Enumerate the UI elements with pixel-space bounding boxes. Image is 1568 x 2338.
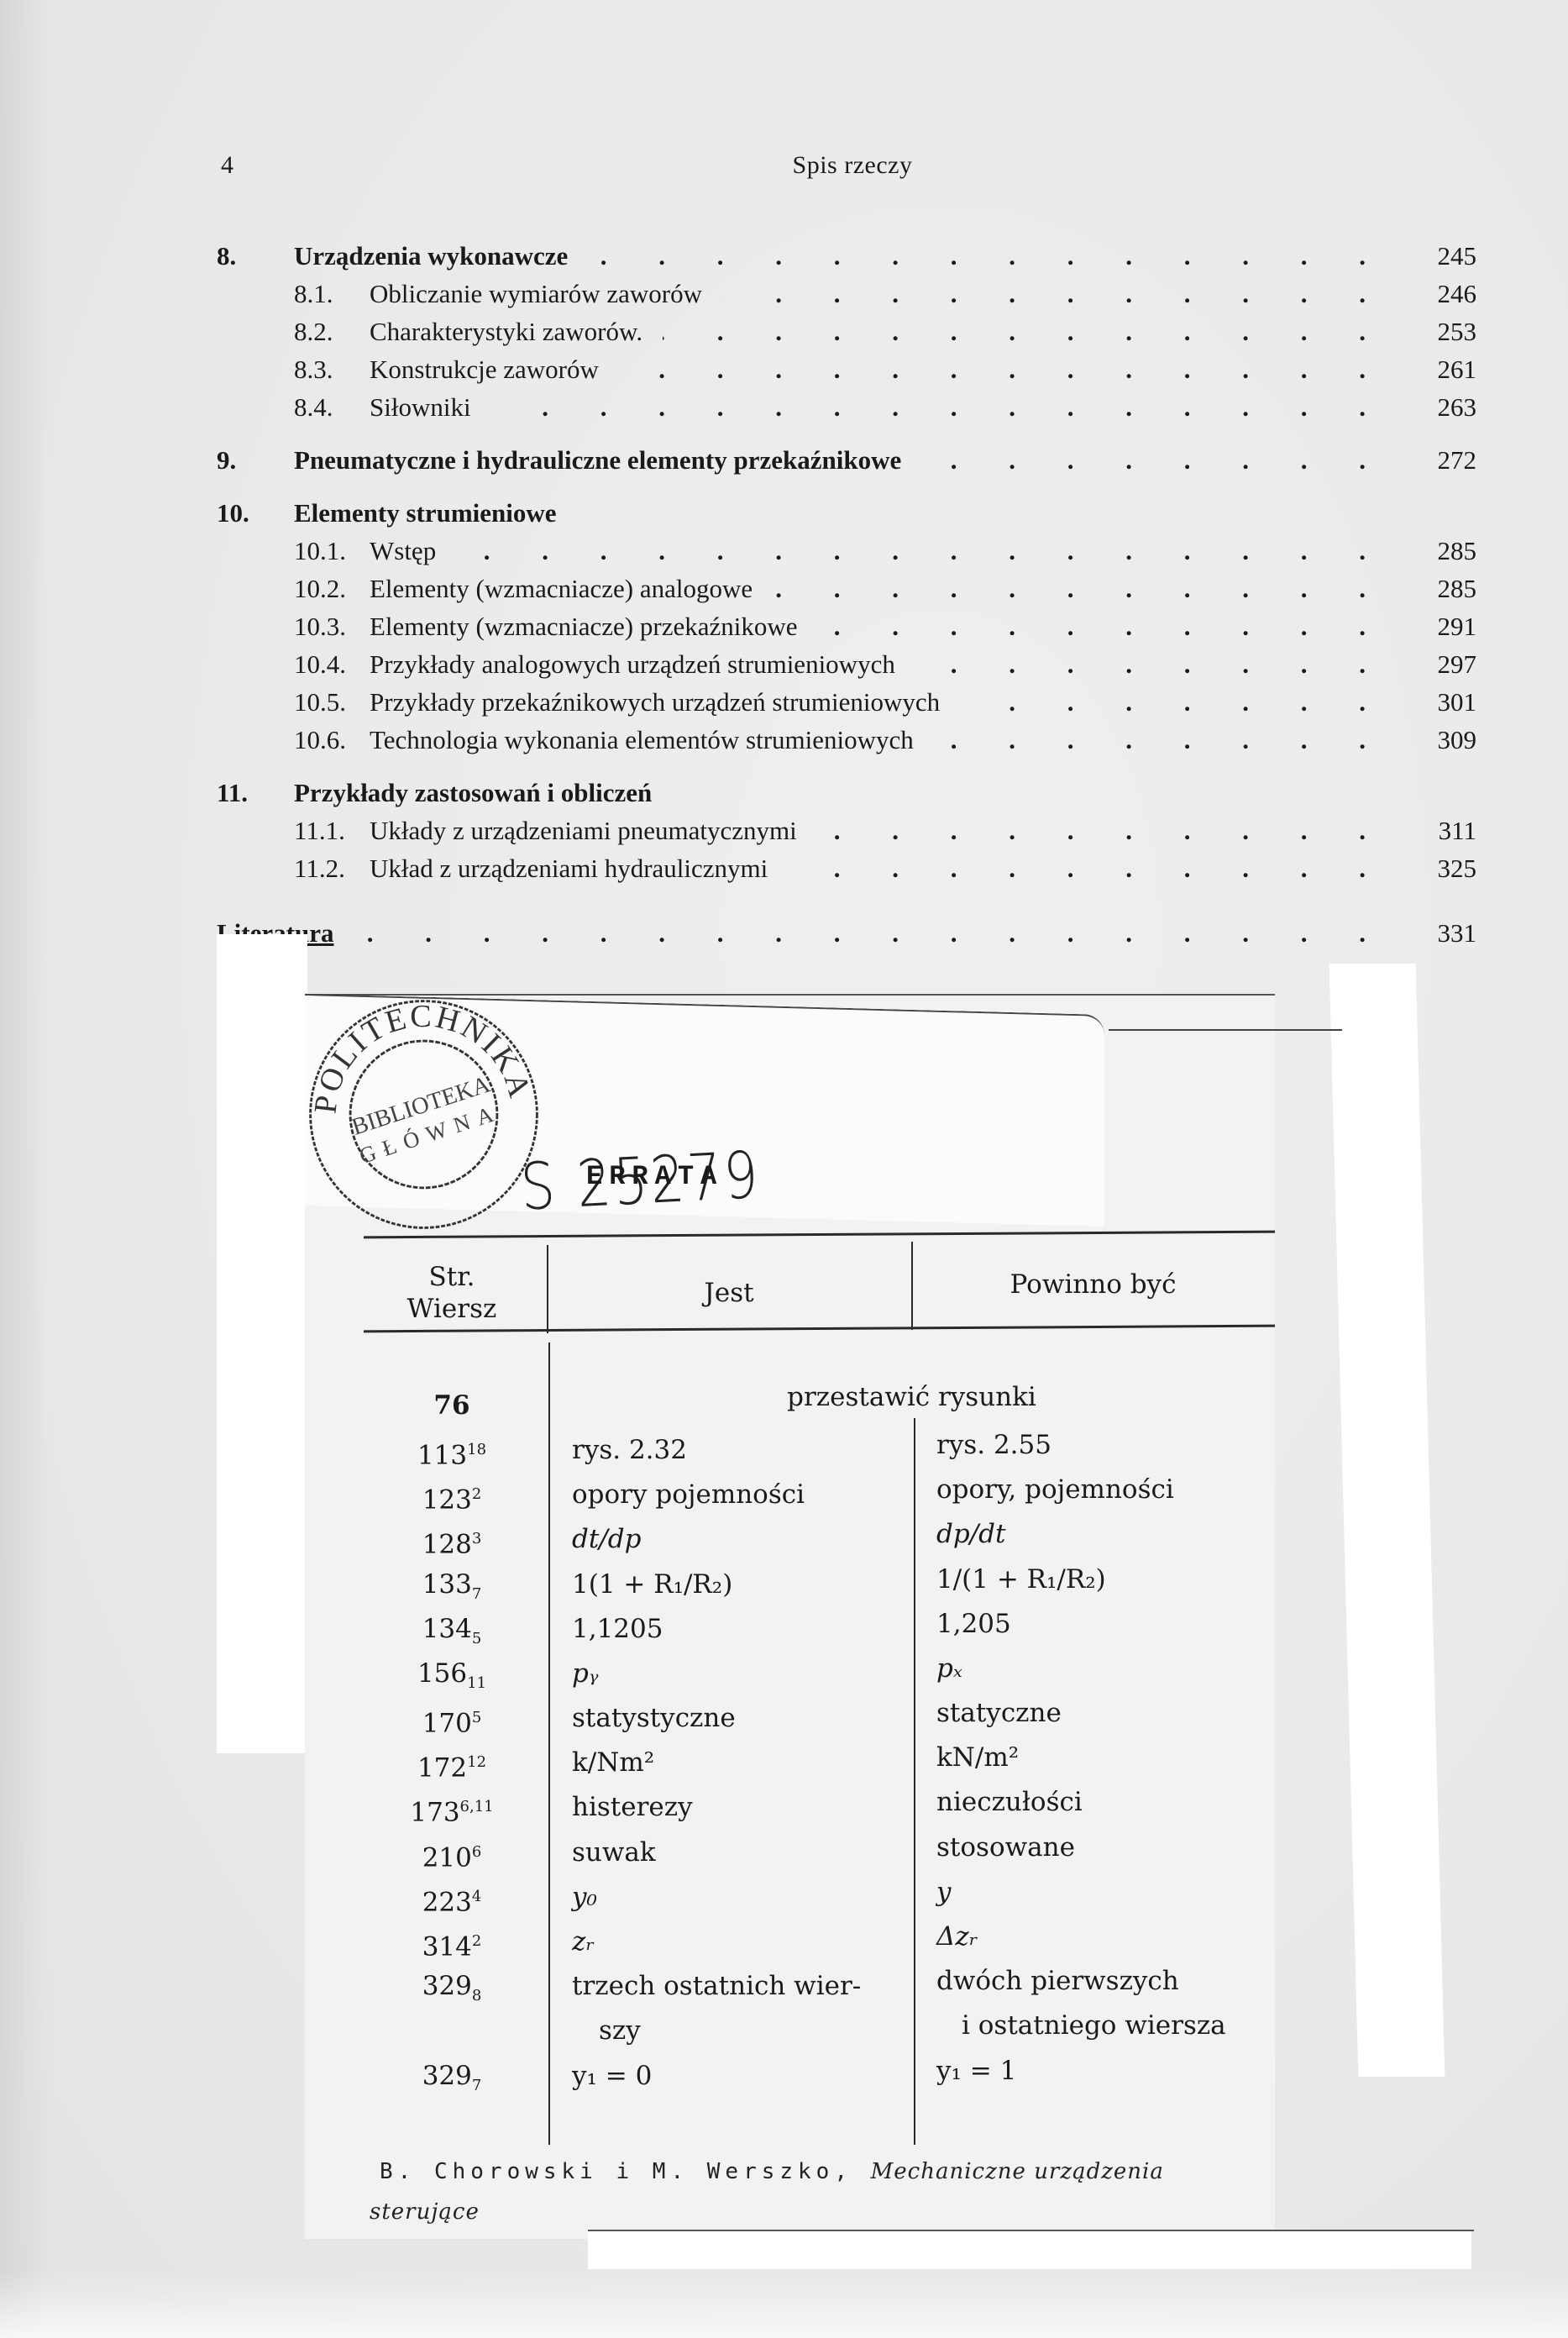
toc-entry-page: 331: [1418, 914, 1476, 952]
errata-should-be: dwóch pierwszych: [936, 1964, 1179, 1998]
scan-mask-bottom: [588, 2231, 1471, 2269]
errata-ref: 1736,11: [389, 1790, 515, 1829]
toc-entry: 10.6.Technologia wykonania elementów str…: [217, 721, 1476, 759]
toc-entry-number: 10.2.: [294, 570, 346, 607]
toc-entry-page: 291: [1418, 607, 1476, 645]
toc-entry: 8.Urządzenia wykonawcze . . . . . . . . …: [217, 237, 1476, 275]
toc-entry-page: 261: [1418, 350, 1476, 388]
toc-entry: 11.2.Układ z urządzeniami hydraulicznymi…: [217, 849, 1476, 887]
toc-entry-title: Elementy strumieniowe: [294, 494, 557, 532]
errata-ref: 3298: [389, 1969, 515, 2013]
stamp-circle-icon: POLITECHNIKA OPOLSKA * w Opolu * BIBLIOT…: [304, 995, 543, 1234]
errata-page: 170: [422, 1708, 472, 1738]
errata-is: rys. 2.32: [572, 1433, 687, 1467]
dot-leader: . . . . . . . . . . . . . . . . . . . . …: [934, 721, 1388, 759]
errata-title: ERRATA: [586, 1161, 723, 1192]
toc-entry-page: 253: [1418, 313, 1476, 350]
slip-edge-line: [1109, 1029, 1342, 1031]
toc-entry-title: Pneumatyczne i hydrauliczne elementy prz…: [294, 441, 901, 479]
toc-entry: 11.1.Układy z urządzeniami pneumatycznym…: [217, 812, 1476, 849]
dot-leader: . . . . . . . . . . . . . . . . . . . . …: [722, 275, 1388, 313]
toc-entry: 10.4.Przykłady analogowych urządzeń stru…: [217, 645, 1476, 683]
errata-is: histerezy: [572, 1790, 693, 1824]
errata-should-be: 1/(1 + R₁/R₂): [936, 1563, 1106, 1596]
toc-entry: 10.1.Wstęp . . . . . . . . . . . . . . .…: [217, 532, 1476, 570]
toc-entry: 8.2.Charakterystyki zaworów. . . . . . .…: [217, 313, 1476, 350]
errata-line: 8: [472, 1987, 481, 2004]
errata-line: 4: [472, 1888, 481, 1905]
errata-ref: 1337: [389, 1568, 515, 1611]
errata-ref: 2106: [389, 1836, 515, 1874]
toc-entry-title: Charakterystyki zaworów.: [370, 313, 642, 350]
dot-leader: . . . . . . . . . . . . . . . . . . . . …: [663, 313, 1388, 350]
errata-line: 18: [467, 1441, 486, 1458]
errata-should-be: y₁ = 1: [936, 2054, 1016, 2088]
toc-entry-number: 8.: [217, 237, 236, 275]
toc-entry: 10.2.Elementy (wzmacniacze) analogowe . …: [217, 570, 1476, 607]
errata-ref: 76: [389, 1389, 515, 1422]
toc-entry-page: 285: [1418, 570, 1476, 607]
errata-should-be: 1,205: [936, 1607, 1011, 1641]
dot-leader: . . . . . . . . . . . . . . . . . . . . …: [921, 441, 1388, 479]
errata-page: 128: [422, 1529, 472, 1559]
toc-entry: Literatura . . . . . . . . . . . . . . .…: [217, 914, 1476, 952]
toc-entry: 10.Elementy strumieniowe: [217, 494, 1476, 532]
errata-ref: 1232: [389, 1478, 515, 1516]
toc-entry-number: 9.: [217, 441, 236, 479]
toc-entry-page: 309: [1418, 721, 1476, 759]
dot-leader: . . . . . . . . . . . . . . . . . . . . …: [788, 849, 1388, 887]
errata-is: y₁ = 0: [572, 2059, 652, 2093]
toc-entry-number: 10.: [217, 494, 249, 532]
errata-is: dt/dp: [572, 1522, 641, 1556]
errata-ref: 1345: [389, 1612, 515, 1656]
errata-is: przestawić rysunki: [548, 1380, 1275, 1414]
errata-ref: 2234: [389, 1880, 515, 1919]
errata-is: opory pojemności: [572, 1478, 805, 1511]
header-page-line: Str. Wiersz: [397, 1261, 506, 1325]
errata-page: 156: [417, 1658, 467, 1689]
toc-entry-page: 246: [1418, 275, 1476, 313]
toc-entry: 11.Przykłady zastosowań i obliczeń: [217, 774, 1476, 812]
dot-leader: . . . . . . . . . . . . . . . . . . . . …: [818, 607, 1388, 645]
toc-entry: 8.4.Siłowniki . . . . . . . . . . . . . …: [217, 388, 1476, 426]
toc-entry-title: Przykłady analogowych urządzeń strumieni…: [370, 645, 895, 683]
errata-should-be: statyczne: [936, 1696, 1062, 1730]
dot-leader: . . . . . . . . . . . . . . . . . . . . …: [588, 237, 1388, 275]
toc-entry-number: 10.6.: [294, 721, 346, 759]
toc-entry-title: Przykłady zastosowań i obliczeń: [294, 774, 652, 812]
toc-entry-title: Układy z urządzeniami pneumatycznymi: [370, 812, 797, 849]
errata-line: 6: [472, 1843, 481, 1861]
errata-should-be-continuation: i ostatniego wiersza: [962, 2009, 1226, 2042]
toc-entry-number: 11.2.: [294, 849, 345, 887]
scan-mask-left: [217, 934, 307, 1753]
errata-should-be: pₓ: [936, 1652, 962, 1685]
dot-leader: . . . . . . . . . . . . . . . . . . . . …: [773, 570, 1388, 607]
toc-entry: 8.1.Obliczanie wymiarów zaworów . . . . …: [217, 275, 1476, 313]
errata-should-be: dp/dt: [936, 1517, 1005, 1551]
errata-is: 1,1205: [572, 1612, 663, 1646]
errata-page: 173: [410, 1797, 459, 1827]
errata-ref: 1283: [389, 1522, 515, 1561]
errata-line: 2: [472, 1485, 481, 1503]
running-head: Spis rzeczy: [0, 151, 1568, 180]
errata-page: 329: [422, 1971, 472, 2001]
errata-is: suwak: [572, 1836, 656, 1869]
toc-entry-number: 8.1.: [294, 275, 333, 313]
errata-ref: 1705: [389, 1701, 515, 1740]
toc-entry-title: Elementy (wzmacniacze) przekaźnikowe: [370, 607, 798, 645]
errata-page: 223: [422, 1887, 472, 1917]
toc-entry: 10.3.Elementy (wzmacniacze) przekaźnikow…: [217, 607, 1476, 645]
table-of-contents: 8.Urządzenia wykonawcze . . . . . . . . …: [217, 237, 1476, 952]
toc-entry-title: Przykłady przekaźnikowych urządzeń strum…: [370, 683, 940, 721]
toc-entry-page: 285: [1418, 532, 1476, 570]
toc-entry-page: 325: [1418, 849, 1476, 887]
errata-page: 329: [422, 2061, 472, 2091]
errata-line: 7: [472, 2077, 481, 2094]
toc-entry-number: 10.3.: [294, 607, 346, 645]
library-stamp: POLITECHNIKA OPOLSKA * w Opolu * BIBLIOT…: [304, 995, 543, 1234]
errata-page: 113: [417, 1440, 467, 1470]
toc-entry-page: 297: [1418, 645, 1476, 683]
dot-leader: . . . . . . . . . . . . . . . . . . . . …: [960, 683, 1388, 721]
toc-entry-number: 8.4.: [294, 388, 333, 426]
errata-line: 3: [472, 1530, 481, 1547]
header-should-be: Powinno być: [911, 1269, 1275, 1300]
dot-leader: . . . . . . . . . . . . . . . . . . . . …: [915, 645, 1388, 683]
dot-leader: . . . . . . . . . . . . . . . . . . . . …: [456, 532, 1388, 570]
toc-entry-page: 263: [1418, 388, 1476, 426]
errata-should-be: y: [936, 1875, 952, 1909]
toc-entry-title: Konstrukcje zaworów: [370, 350, 599, 388]
citation-title: Mechaniczne urządzenia: [871, 2159, 1164, 2184]
errata-line: 7: [472, 1585, 481, 1603]
toc-entry-page: 311: [1418, 812, 1476, 849]
errata-is: pᵧ: [572, 1657, 599, 1690]
errata-is: k/Nm²: [572, 1746, 654, 1779]
column-divider: [548, 1342, 550, 2145]
header-page: Str.: [397, 1261, 506, 1293]
errata-page: 123: [422, 1484, 472, 1515]
dot-leader: . . . . . . . . . . . . . . . . . . . . …: [491, 388, 1388, 426]
header-is: Jest: [547, 1277, 911, 1309]
toc-entry-title: Układ z urządzeniami hydraulicznymi: [370, 849, 768, 887]
citation-authors: B. Chorowski i M. Werszko,: [380, 2159, 852, 2184]
toc-entry-number: 8.3.: [294, 350, 333, 388]
errata-line: 5: [472, 1709, 481, 1726]
errata-is: zᵣ: [572, 1925, 595, 1958]
errata-is: trzech ostatnich wier-: [572, 1969, 861, 2003]
errata-ref: 3142: [389, 1925, 515, 1963]
errata-line: 12: [467, 1753, 486, 1771]
toc-entry-title: Siłowniki: [370, 388, 471, 426]
errata-is-continuation: szy: [599, 2014, 641, 2047]
errata-is: y₀: [572, 1880, 597, 1914]
errata-ref: 17212: [389, 1746, 515, 1784]
toc-entry-number: 11.: [217, 774, 248, 812]
toc-entry-title: Technologia wykonania elementów strumien…: [370, 721, 914, 759]
errata-should-be: nieczułości: [936, 1785, 1083, 1819]
errata-page: 172: [417, 1752, 467, 1783]
errata-page: 314: [422, 1931, 472, 1962]
errata-line: 11: [467, 1674, 486, 1692]
toc-entry-title: Urządzenia wykonawcze: [294, 237, 568, 275]
errata-should-be: stosowane: [936, 1831, 1075, 1864]
dot-leader: . . . . . . . . . . . . . . . . . . . . …: [817, 812, 1388, 849]
column-divider: [914, 1418, 915, 2145]
errata-line: 6,11: [460, 1798, 494, 1815]
header-line: Wiersz: [397, 1293, 506, 1325]
toc-entry-page: 272: [1418, 441, 1476, 479]
errata-page: 133: [422, 1569, 472, 1600]
dot-leader: . . . . . . . . . . . . . . . . . . . . …: [354, 914, 1388, 952]
toc-entry-number: 8.2.: [294, 313, 333, 350]
dot-leader: . . . . . . . . . . . . . . . . . . . . …: [619, 350, 1388, 388]
toc-entry-number: 11.1.: [294, 812, 345, 849]
errata-should-be: Δzᵣ: [936, 1920, 978, 1953]
errata-page: 76: [433, 1390, 469, 1421]
toc-entry-number: 10.5.: [294, 683, 346, 721]
toc-entry-title: Wstęp: [370, 532, 436, 570]
toc-entry-title: Elementy (wzmacniacze) analogowe: [370, 570, 753, 607]
toc-entry-page: 301: [1418, 683, 1476, 721]
toc-entry-page: 245: [1418, 237, 1476, 275]
errata-ref: 15611: [389, 1657, 515, 1700]
toc-entry-number: 10.1.: [294, 532, 346, 570]
page-bottom-edge: [0, 2271, 1568, 2338]
errata-ref: 11318: [389, 1433, 515, 1472]
citation-title-continuation: sterujące: [370, 2199, 480, 2225]
errata-should-be: kN/m²: [936, 1741, 1019, 1774]
errata-should-be: rys. 2.55: [936, 1428, 1051, 1462]
toc-entry: 10.5.Przykłady przekaźnikowych urządzeń …: [217, 683, 1476, 721]
errata-line: 2: [472, 1932, 481, 1950]
errata-ref: 3297: [389, 2059, 515, 2103]
errata-should-be: opory, pojemności: [936, 1473, 1174, 1506]
toc-entry-title: Obliczanie wymiarów zaworów: [370, 275, 702, 313]
toc-entry: 9.Pneumatyczne i hydrauliczne elementy p…: [217, 441, 1476, 479]
page-gutter-shadow: [0, 0, 50, 2338]
toc-entry: 8.3.Konstrukcje zaworów . . . . . . . . …: [217, 350, 1476, 388]
errata-page: 134: [422, 1614, 472, 1644]
toc-entry-number: 10.4.: [294, 645, 346, 683]
errata-line: 5: [472, 1630, 481, 1647]
errata-is: 1(1 + R₁/R₂): [572, 1568, 732, 1601]
errata-citation: B. Chorowski i M. Werszko, Mechaniczne u…: [380, 2159, 1164, 2184]
errata-page: 210: [422, 1842, 472, 1873]
errata-is: statystyczne: [572, 1701, 736, 1735]
